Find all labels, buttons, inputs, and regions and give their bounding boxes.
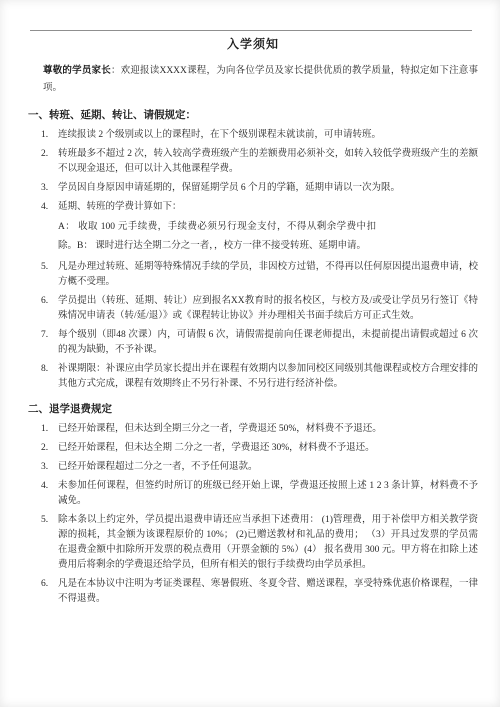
list-item: 6. 凡是在本协议中注明为考证类课程、寒暑假班、冬夏令营、赠送课程，享受特殊优惠… <box>41 577 478 607</box>
item-number: 1. <box>41 422 58 437</box>
item-text: 除本条以上约定外，学员提出退费申请还应当承担下述费用： (1)管理费，用于补偿甲… <box>58 513 478 573</box>
item-text: 转班最多不超过 2 次，转入较高学费班级产生的差额费用必须补交，如转入较低学费班… <box>58 147 478 177</box>
item-number: 2. <box>41 441 58 456</box>
intro-paragraph: 尊敬的学员家长：欢迎报读XXXX课程，为向各位学员及家长提供优质的教学质量，特拟… <box>43 62 478 97</box>
intro-salutation: 尊敬的学员家长 <box>43 65 111 76</box>
item-lead-text: 延期、转班的学费计算如下： <box>58 202 182 212</box>
list-item: 2. 已经开始课程，但未达全期 二分之一者，学费退还 30%，材料费不予退还。 <box>41 441 478 456</box>
item-text: 学员提出（转班、延期、转让）应到报名XX教育时的报名校区，与校方及/或受让学员另… <box>58 294 478 324</box>
item-number: 6. <box>41 294 58 324</box>
item-number: 6. <box>41 577 58 607</box>
list-item: 1. 连续报读 2 个级别或以上的课程时，在下个级别课程未就读前，可申请转班。 <box>41 128 478 143</box>
document-page: 入学须知 尊敬的学员家长：欢迎报读XXXX课程，为向各位学员及家长提供优质的教学… <box>0 0 500 707</box>
item-text: 连续报读 2 个级别或以上的课程时，在下个级别课程未就读前，可申请转班。 <box>58 128 478 143</box>
item-number: 3. <box>41 181 58 196</box>
list-item: 4. 未参加任何课程，但签约时所订的班级已经开始上课，学费退还按照上述 1 2 … <box>41 479 478 509</box>
list-item: 5. 凡是办理过转班、延期等特殊情况手续的学员，非因校方过错，不得再以任何原因提… <box>41 260 478 290</box>
item-number: 4. <box>41 200 58 256</box>
item-text: 学员因自身原因申请延期的，保留延期学员 6 个月的学籍，延期申请以一次为限。 <box>58 181 478 196</box>
top-divider <box>30 30 472 31</box>
item-number: 4. <box>41 479 58 509</box>
item-text: 凡是在本协议中注明为考证类课程、寒暑假班、冬夏令营、赠送课程，享受特殊优惠价格课… <box>58 577 478 607</box>
list-item: 7. 每个级别（即48 次课）内，可请假 6 次，请假需提前向任课老师提出，未提… <box>41 328 478 358</box>
list-item: 2. 转班最多不超过 2 次，转入较高学费班级产生的差额费用必须补交，如转入较低… <box>41 147 478 177</box>
section-2-list: 1. 已经开始课程，但未达到全期三分之一者，学费退还 50%，材料费不予退还。 … <box>28 422 478 607</box>
item-number: 2. <box>41 147 58 177</box>
list-item: 1. 已经开始课程，但未达到全期三分之一者，学费退还 50%，材料费不予退还。 <box>41 422 478 437</box>
section-1-heading: 一、转班、延期、转让、请假规定： <box>28 107 478 122</box>
section-2-heading: 二、退学退费规定 <box>28 401 478 416</box>
list-item: 6. 学员提出（转班、延期、转让）应到报名XX教育时的报名校区，与校方及/或受让… <box>41 294 478 324</box>
item-text: 未参加任何课程，但签约时所订的班级已经开始上课，学费退还按照上述 1 2 3 条… <box>58 479 478 509</box>
item-number: 3. <box>41 460 58 475</box>
item-text: 延期、转班的学费计算如下：A： 收取 100 元手续费，手续费必须另行现金支付，… <box>58 200 478 256</box>
item-text: 补课期限：补课应由学员家长提出并在课程有效期内以参加同校区同级别其他课程或校方合… <box>58 362 478 392</box>
item-number: 5. <box>41 513 58 573</box>
list-item: 3. 学员因自身原因申请延期的，保留延期学员 6 个月的学籍，延期申请以一次为限… <box>41 181 478 196</box>
list-item: 3. 已经开始课程超过二分之一者，不予任何退款。 <box>41 460 478 475</box>
item-sub-text: A： 收取 100 元手续费，手续费必须另行现金支付，不得从剩余学费中扣除。B：… <box>58 218 376 256</box>
item-text: 已经开始课程，但未达到全期三分之一者，学费退还 50%，材料费不予退还。 <box>58 422 478 437</box>
page-title: 入学须知 <box>28 35 478 52</box>
list-item: 8. 补课期限：补课应由学员家长提出并在课程有效期内以参加同校区同级别其他课程或… <box>41 362 478 392</box>
item-text: 凡是办理过转班、延期等特殊情况手续的学员，非因校方过错，不得再以任何原因提出退费… <box>58 260 478 290</box>
item-text: 每个级别（即48 次课）内，可请假 6 次，请假需提前向任课老师提出，未提前提出… <box>58 328 478 358</box>
item-number: 5. <box>41 260 58 290</box>
item-text: 已经开始课程超过二分之一者，不予任何退款。 <box>58 460 478 475</box>
item-number: 8. <box>41 362 58 392</box>
section-1-list: 1. 连续报读 2 个级别或以上的课程时，在下个级别课程未就读前，可申请转班。 … <box>28 128 478 392</box>
list-item: 5. 除本条以上约定外，学员提出退费申请还应当承担下述费用： (1)管理费，用于… <box>41 513 478 573</box>
item-number: 1. <box>41 128 58 143</box>
item-text: 已经开始课程，但未达全期 二分之一者，学费退还 30%，材料费不予退还。 <box>58 441 478 456</box>
list-item: 4. 延期、转班的学费计算如下：A： 收取 100 元手续费，手续费必须另行现金… <box>41 200 478 256</box>
item-number: 7. <box>41 328 58 358</box>
